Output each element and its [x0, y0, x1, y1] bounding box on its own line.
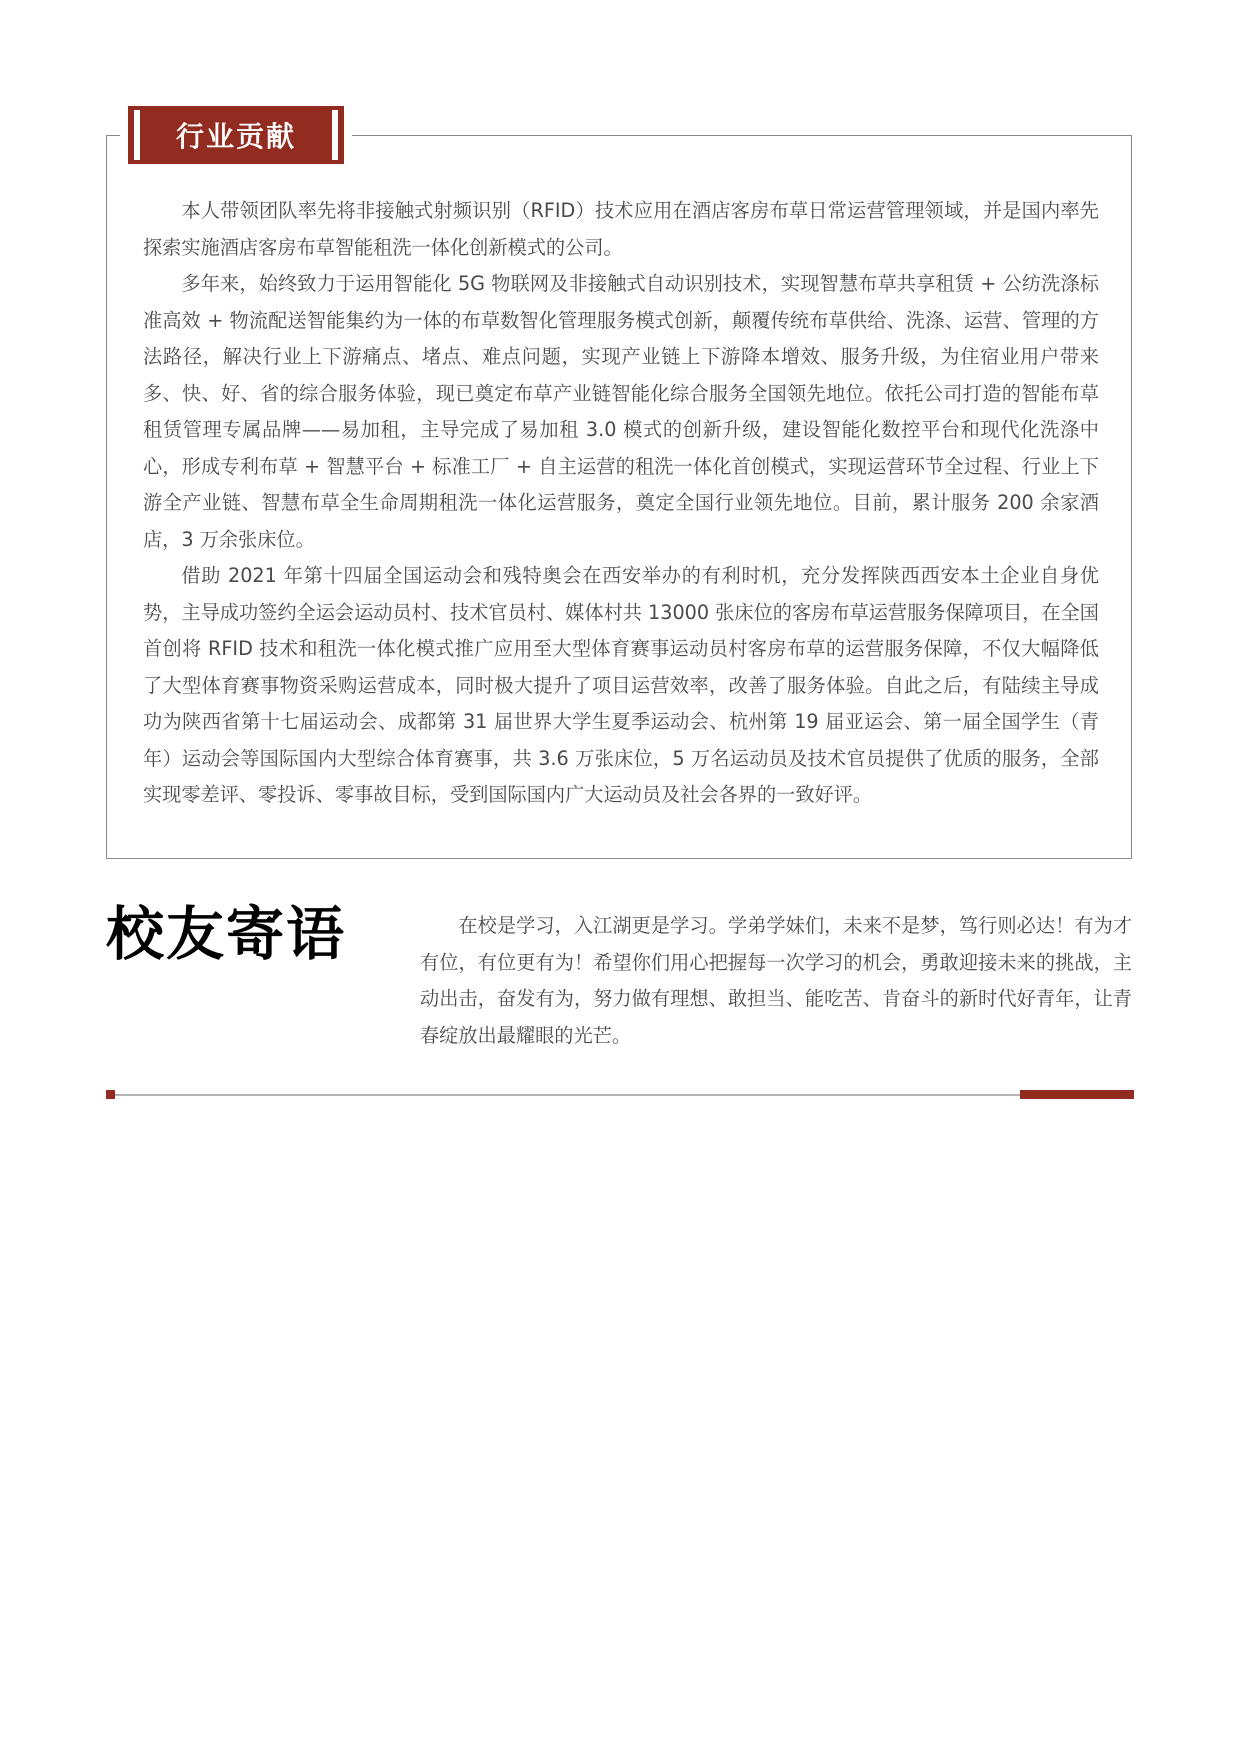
- section-banner: 行业贡献: [128, 106, 344, 164]
- paragraph: 本人带领团队率先将非接触式射频识别（RFID）技术应用在酒店客房布草日常运营管理…: [143, 193, 1099, 266]
- divider-square-accent: [106, 1090, 115, 1099]
- footer-divider: [106, 1094, 1134, 1096]
- divider-bar-accent: [1020, 1090, 1134, 1099]
- paragraph: 借助 2021 年第十四届全国运动会和残特奥会在西安举办的有利时机，充分发挥陕西…: [143, 558, 1099, 814]
- industry-contribution-text: 本人带领团队率先将非接触式射频识别（RFID）技术应用在酒店客房布草日常运营管理…: [143, 193, 1099, 814]
- alumni-message-quote: 在校是学习，入江湖更是学习。学弟学妹们，未来不是梦，笃行则必达！有为才有位，有位…: [420, 908, 1132, 1054]
- paragraph: 多年来，始终致力于运用智能化 5G 物联网及非接触式自动识别技术，实现智慧布草共…: [143, 266, 1099, 558]
- alumni-message-title: 校友寄语: [106, 905, 346, 963]
- section-title: 行业贡献: [128, 106, 344, 164]
- quote-paragraph: 在校是学习，入江湖更是学习。学弟学妹们，未来不是梦，笃行则必达！有为才有位，有位…: [420, 908, 1132, 1054]
